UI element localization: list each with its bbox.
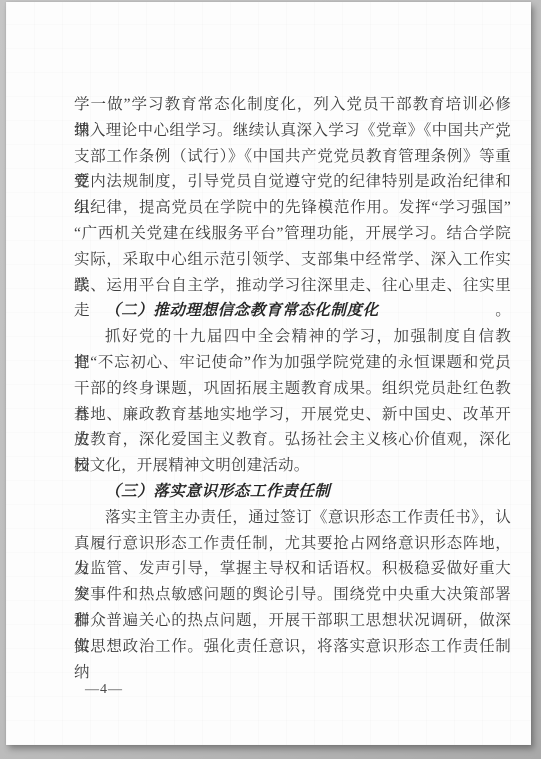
text-line: 园文化，开展精神文明创建活动。 — [74, 453, 511, 479]
text-line: 学、运用平台自主学，推动学习往深里走、往心里走、往实里走。 — [74, 273, 511, 299]
text-line: 真履行意识形态工作责任制，尤其要抢占网络意识形态阵地，发 — [74, 531, 511, 557]
text-line: 群众普遍关心的热点问题，开展干部职工思想状况调研，做深做 — [74, 608, 511, 634]
text-line: 基地、廉政教育基地实地学习，开展党史、新中国史、改革开放 — [74, 402, 511, 428]
text-line: 落实主管主办责任，通过签订《意识形态工作责任书》，认 — [74, 505, 511, 531]
text-line: 支部工作条例（试行）》《中国共产党党员教育管理条例》等重要 — [74, 144, 511, 170]
page-content: 学一做”学习教育常态化制度化，列入党员干部教育培训必修课， 纳入理论中心组学习。… — [74, 92, 511, 660]
text-line: “广西机关党建在线服务平台”管理功能，开展学习。结合学院 — [74, 221, 511, 247]
text-line: 把“不忘初心、牢记使命”作为加强学院党建的永恒课题和党员 — [74, 350, 511, 376]
document-page: 学一做”学习教育常态化制度化，列入党员干部教育培训必修课， 纳入理论中心组学习。… — [6, 2, 531, 745]
text-line: 抓好党的十九届四中全会精神的学习，加强制度自信教育， — [74, 324, 511, 350]
text-line: 干部的终身课题，巩固拓展主题教育成果。组织党员赴红色教育 — [74, 376, 511, 402]
text-line: 力监管、发声引导，掌握主导权和话语权。积极稳妥做好重大突 — [74, 556, 511, 582]
text-line: 实思想政治工作。强化责任意识，将落实意识形态工作责任制纳 — [74, 634, 511, 660]
text-line: 史教育，深化爱国主义教育。弘扬社会主义核心价值观，深化校 — [74, 427, 511, 453]
text-line: 发事件和热点敏感问题的舆论引导。围绕党中央重大决策部署和 — [74, 582, 511, 608]
text-line: 织纪律，提高党员在学院中的先锋模范作用。发挥“学习强国” — [74, 195, 511, 221]
text-line: 党内法规制度，引导党员自觉遵守党的纪律特别是政治纪律和组 — [74, 169, 511, 195]
section-heading: （三）落实意识形态工作责任制 — [74, 479, 511, 505]
text-line: 纳入理论中心组学习。继续认真深入学习《党章》《中国共产党 — [74, 118, 511, 144]
text-line: 实际，采取中心组示范引领学、支部集中经常学、深入工作实践 — [74, 247, 511, 273]
text-line: 学一做”学习教育常态化制度化，列入党员干部教育培训必修课， — [74, 92, 511, 118]
page-number: —4— — [85, 682, 123, 698]
